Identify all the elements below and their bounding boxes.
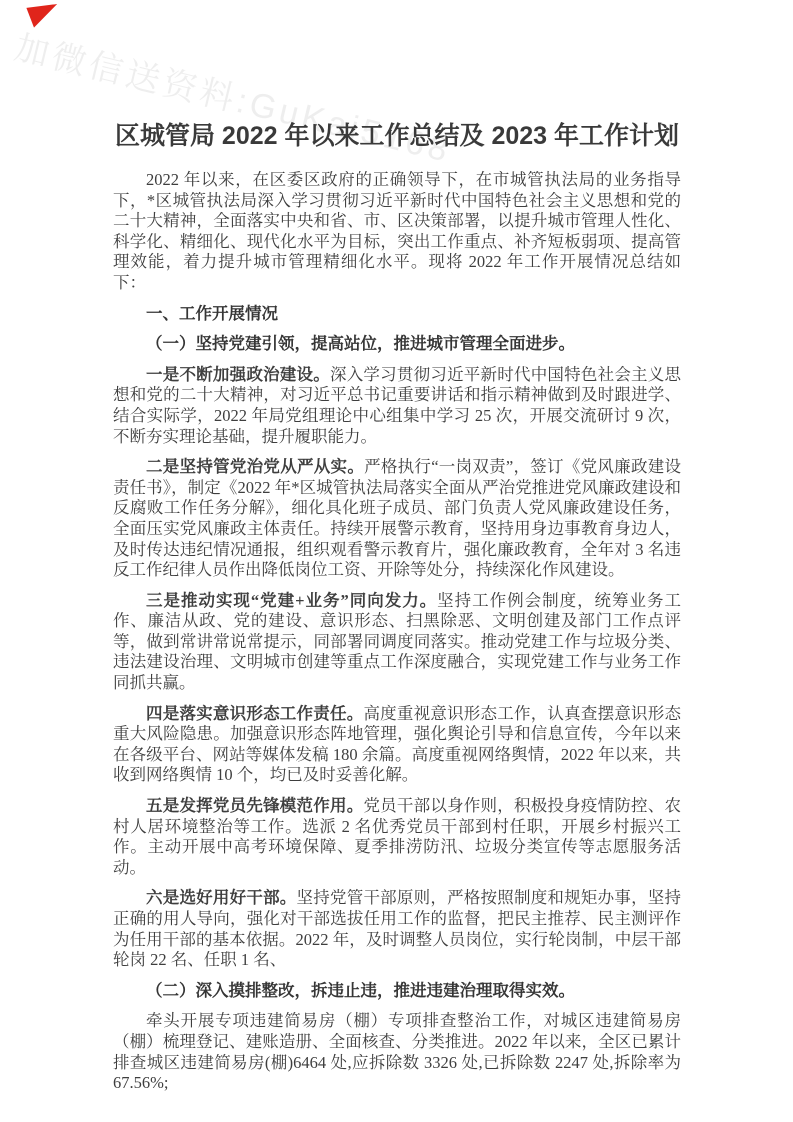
document-content: 区城管局 2022 年以来工作总结及 2023 年工作计划 2022 年以来，在…: [113, 116, 681, 1094]
paragraph-lead: 六是选好用好干部。: [146, 888, 297, 907]
heading-text: （一）坚持党建引领，提高站位，推进城市管理全面进步。: [146, 334, 575, 353]
item-3-paragraph: 三是推动实现“党建+业务”同向发力。坚持工作例会制度，统筹业务工作、廉洁从政、党…: [113, 591, 681, 694]
section-1-heading: 一、工作开展情况: [113, 304, 681, 325]
item-2-paragraph: 二是坚持管党治党从严从实。严格执行“一岗双责”，签订《党风廉政建设责任书》，制定…: [113, 457, 681, 581]
paragraph-lead: 一是不断加强政治建设。: [146, 365, 330, 384]
demolition-stats-paragraph: 牵头开展专项违建简易房（棚）专项排查整治工作，对城区违建简易房（棚）梳理登记、建…: [113, 1011, 681, 1093]
paragraph-lead: 二是坚持管党治党从严从实。: [146, 457, 364, 476]
document-title: 区城管局 2022 年以来工作总结及 2023 年工作计划: [113, 116, 681, 156]
document-page: 加微信送资料:GuKai5168 区城管局 2022 年以来工作总结及 2023…: [0, 0, 793, 1122]
paragraph-text: 2022 年以来，在区委区政府的正确领导下，在市城管执法局的业务指导下，*区城管…: [113, 170, 681, 292]
red-corner-flag-icon: [26, 4, 58, 28]
intro-paragraph: 2022 年以来，在区委区政府的正确领导下，在市城管执法局的业务指导下，*区城管…: [113, 170, 681, 294]
paragraph-lead: 五是发挥党员先锋模范作用。: [146, 796, 363, 815]
item-1-paragraph: 一是不断加强政治建设。深入学习贯彻习近平新时代中国特色社会主义思想和党的二十大精…: [113, 365, 681, 447]
paragraph-text: 牵头开展专项违建简易房（棚）专项排查整治工作，对城区违建简易房（棚）梳理登记、建…: [113, 1011, 681, 1092]
heading-text: （二）深入摸排整改，拆违止违，推进违建治理取得实效。: [146, 981, 575, 1000]
heading-text: 一、工作开展情况: [146, 304, 278, 323]
subsection-1-1-heading: （一）坚持党建引领，提高站位，推进城市管理全面进步。: [113, 334, 681, 355]
subsection-1-2-heading: （二）深入摸排整改，拆违止违，推进违建治理取得实效。: [113, 981, 681, 1002]
paragraph-lead: 三是推动实现“党建+业务”同向发力。: [146, 591, 437, 610]
item-4-paragraph: 四是落实意识形态工作责任。高度重视意识形态工作，认真查摆意识形态重大风险隐患。加…: [113, 704, 681, 786]
paragraph-lead: 四是落实意识形态工作责任。: [146, 704, 363, 723]
item-5-paragraph: 五是发挥党员先锋模范作用。党员干部以身作则，积极投身疫情防控、农村人居环境整治等…: [113, 796, 681, 878]
item-6-paragraph: 六是选好用好干部。坚持党管干部原则，严格按照制度和规矩办事，坚持正确的用人导向，…: [113, 888, 681, 970]
